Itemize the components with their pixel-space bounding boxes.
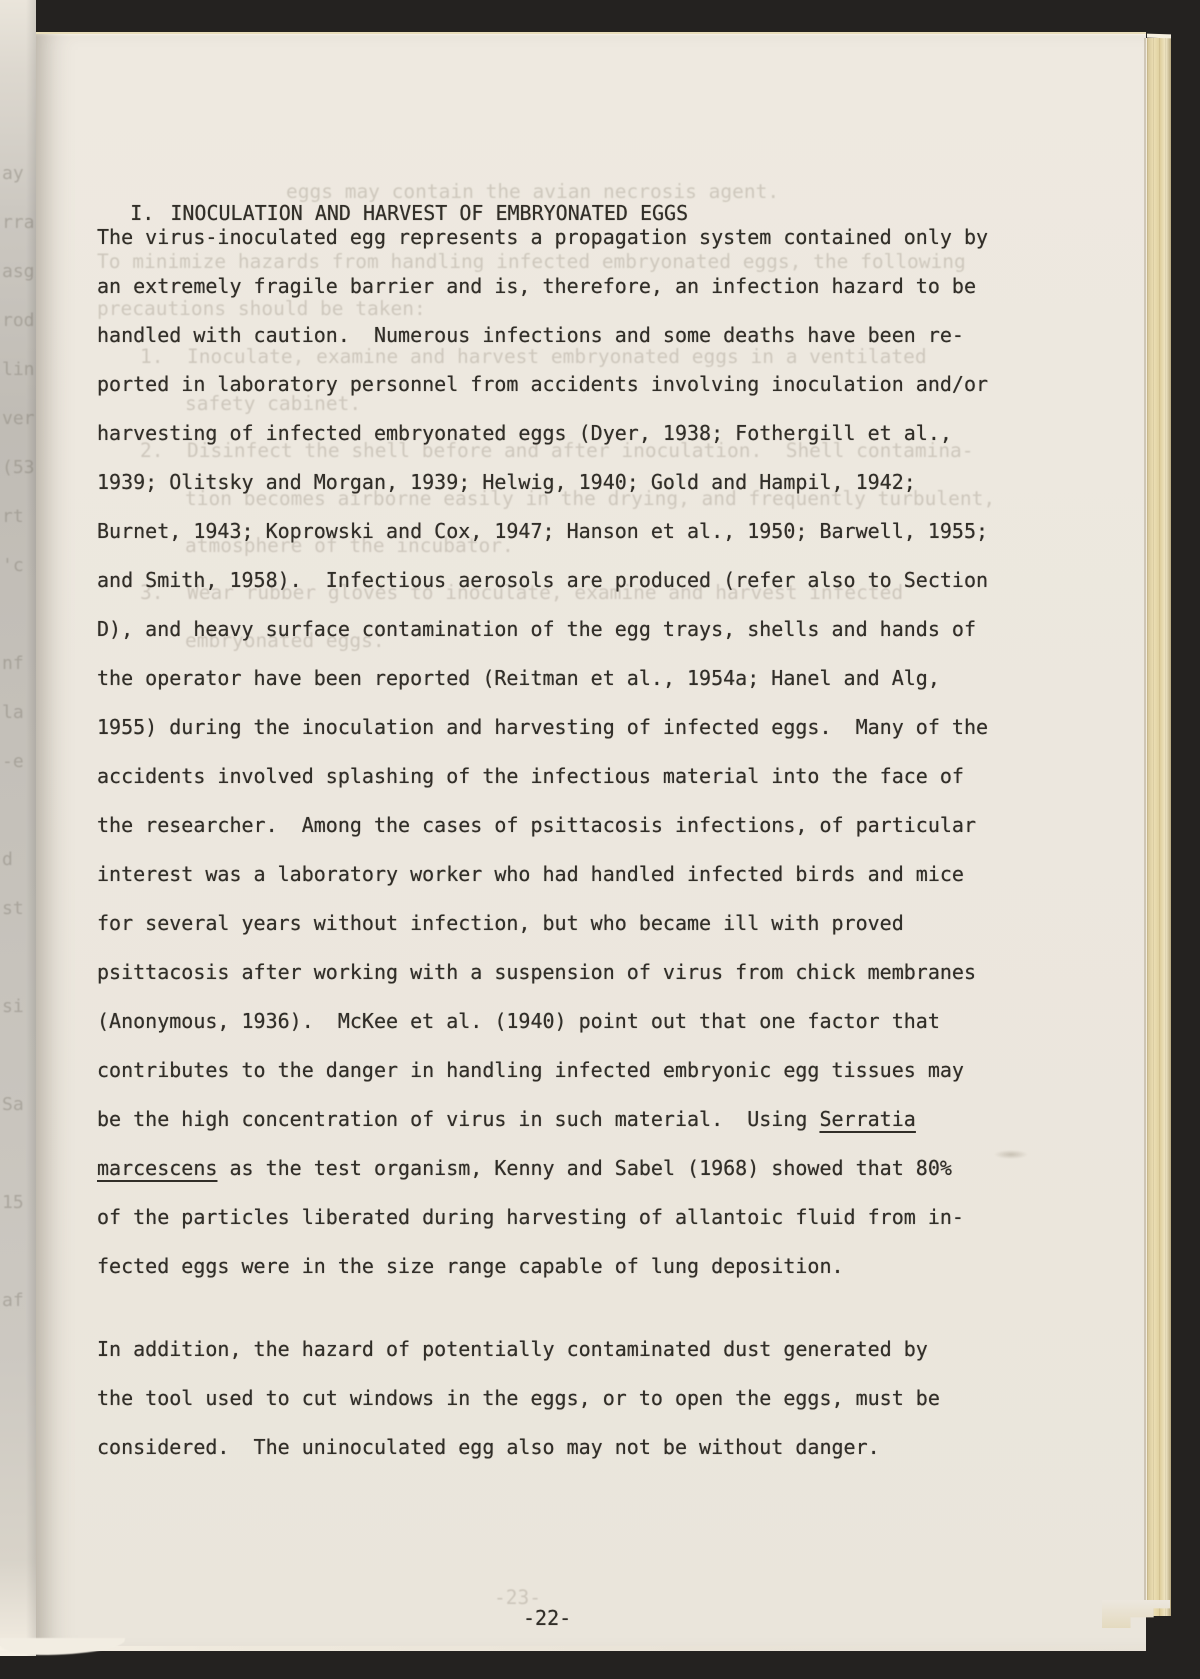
document-page: eggs may contain the avian necrosis agen… xyxy=(36,32,1146,1651)
facing-page-text-fragment: si xyxy=(2,996,24,1017)
text-line: 1939; Olitsky and Morgan, 1939; Helwig, … xyxy=(97,458,1057,507)
text-line: considered. The uninoculated egg also ma… xyxy=(97,1423,1057,1472)
facing-page-text-fragment: 'c xyxy=(2,555,24,576)
facing-page-text-fragment: rt xyxy=(2,506,24,527)
page-curl-highlight xyxy=(0,1638,125,1655)
text-line: the tool used to cut windows in the eggs… xyxy=(97,1374,1057,1423)
text-line: D), and heavy surface contamination of t… xyxy=(97,605,1057,654)
text-line: an extremely fragile barrier and is, the… xyxy=(97,262,1057,311)
page-bottom-edge-highlight xyxy=(0,1646,1146,1651)
text-line: and Smith, 1958). Infectious aerosols ar… xyxy=(97,556,1057,605)
book-scan: ay 1rraasgrodlinver(53rt'cnfla-edstsiSa1… xyxy=(0,0,1200,1679)
facing-page-text-fragment: d xyxy=(2,849,13,870)
text-line: for several years without infection, but… xyxy=(97,899,1057,948)
text-line: of the particles liberated during harves… xyxy=(97,1193,1057,1242)
paragraph-2: In addition, the hazard of potentially c… xyxy=(97,1325,1057,1472)
facing-page-text-fragment: (53 xyxy=(2,457,35,478)
text-line: psittacosis after working with a suspens… xyxy=(97,948,1057,997)
book-fore-edge-pages xyxy=(1146,38,1171,1616)
facing-page-text-fragment: la xyxy=(2,702,24,723)
facing-page-text-fragment: st xyxy=(2,898,24,919)
text-line: In addition, the hazard of potentially c… xyxy=(97,1325,1057,1374)
text-line: 1955) during the inoculation and harvest… xyxy=(97,703,1057,752)
text-line: be the high concentration of virus in su… xyxy=(97,1095,1057,1144)
paper-smudge xyxy=(994,1150,1028,1159)
page-number: -22- xyxy=(523,1606,571,1630)
paragraph-1: The virus-inoculated egg represents a pr… xyxy=(97,213,1057,1291)
facing-page-text-fragment: af xyxy=(2,1290,24,1311)
text-line: the operator have been reported (Reitman… xyxy=(97,654,1057,703)
text-line: interest was a laboratory worker who had… xyxy=(97,850,1057,899)
text-line: ported in laboratory personnel from acci… xyxy=(97,360,1057,409)
facing-page-edge: ay 1rraasgrodlinver(53rt'cnfla-edstsiSa1… xyxy=(0,0,36,1656)
facing-page-text-fragment: ver xyxy=(2,408,35,429)
facing-page-text-fragment: 15 xyxy=(2,1192,24,1213)
facing-page-text-fragment: rra xyxy=(2,212,35,233)
text-line: fected eggs were in the size range capab… xyxy=(97,1242,1057,1291)
facing-page-text-fragment: ay 1 xyxy=(2,163,36,184)
facing-page-text-fragment: nf xyxy=(2,653,24,674)
text-line: marcescens as the test organism, Kenny a… xyxy=(97,1144,1057,1193)
text-line: Burnet, 1943; Koprowski and Cox, 1947; H… xyxy=(97,507,1057,556)
text-line: harvesting of infected embryonated eggs … xyxy=(97,409,1057,458)
text-line: handled with caution. Numerous infection… xyxy=(97,311,1057,360)
text-line: (Anonymous, 1936). McKee et al. (1940) p… xyxy=(97,997,1057,1046)
text-line: the researcher. Among the cases of psitt… xyxy=(97,801,1057,850)
text-line: accidents involved splashing of the infe… xyxy=(97,752,1057,801)
text-line: The virus-inoculated egg represents a pr… xyxy=(97,213,1057,262)
facing-page-text-fragment: -e xyxy=(2,751,24,772)
facing-page-text-fragment: rod xyxy=(2,310,35,331)
facing-page-text-fragment: asg xyxy=(2,261,35,282)
facing-page-text-fragment: lin xyxy=(2,359,35,380)
text-line: contributes to the danger in handling in… xyxy=(97,1046,1057,1095)
facing-page-text-fragment: Sa xyxy=(2,1094,24,1115)
